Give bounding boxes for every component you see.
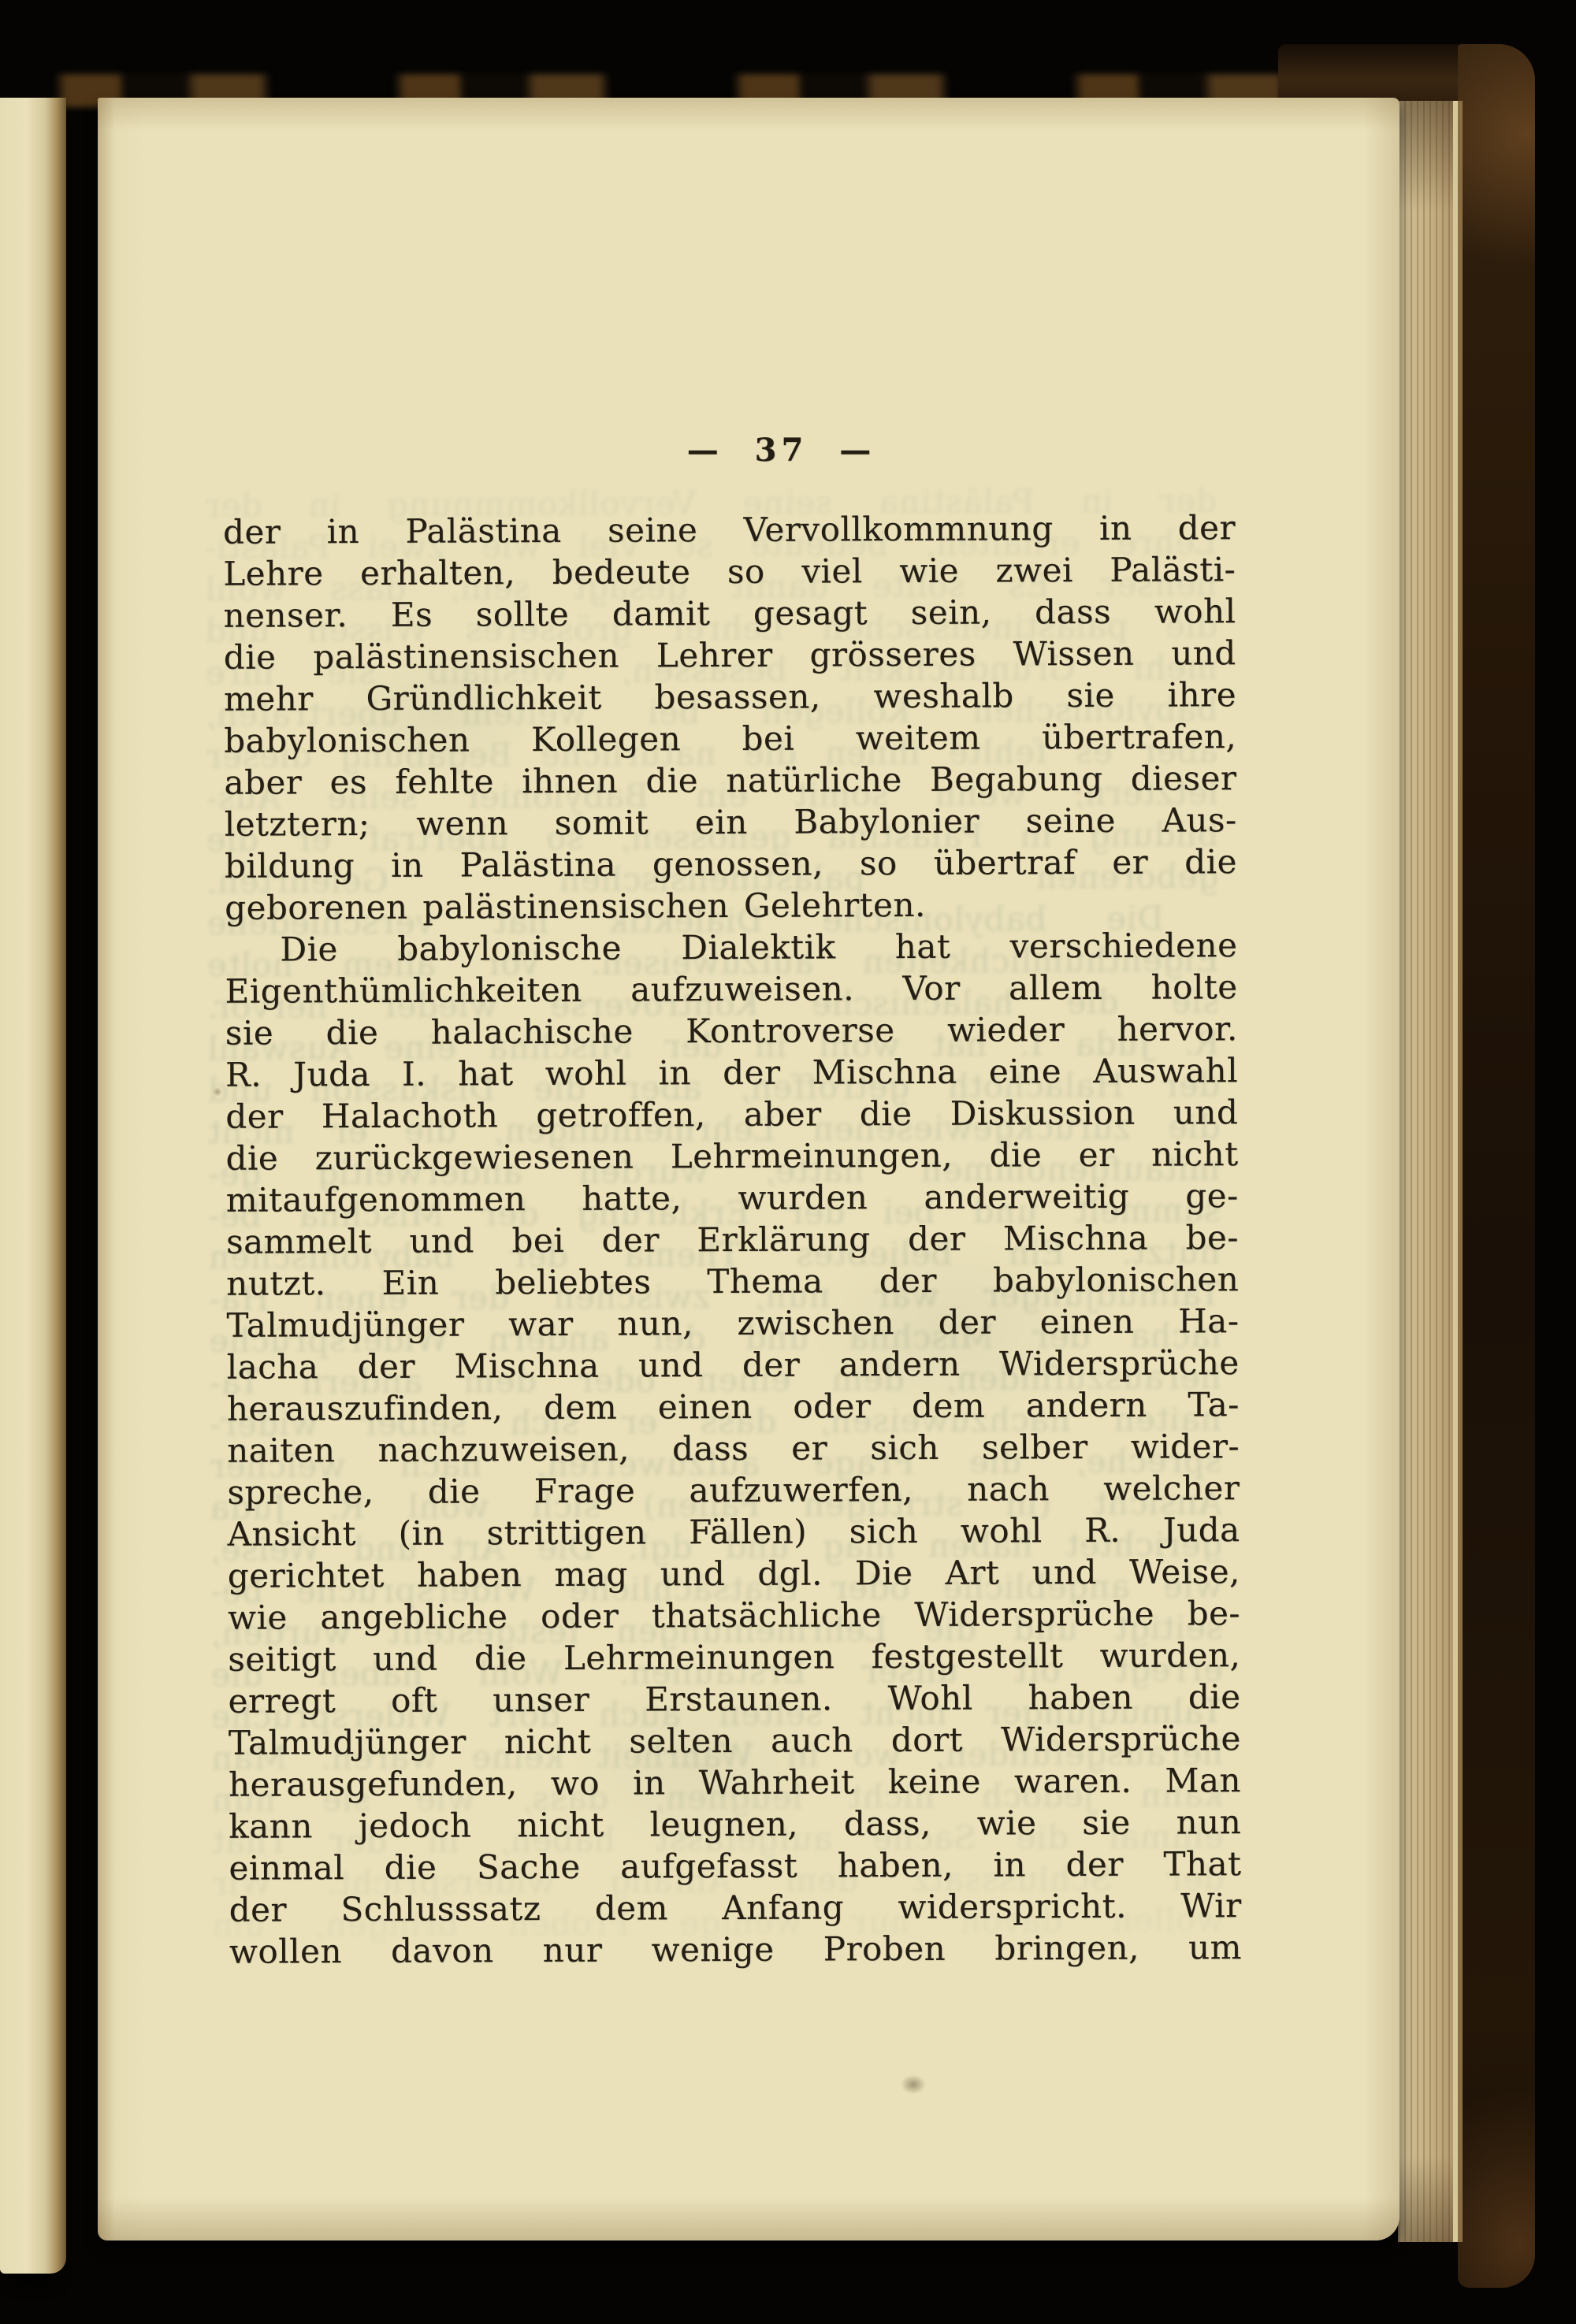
text-line: der Schlusssatz dem Anfang widerspricht.…	[229, 1884, 1242, 1931]
text-line: babylonischen Kollegen bei weitem übertr…	[224, 715, 1236, 762]
text-line: mitaufgenommen hatte, wurden anderweitig…	[226, 1175, 1239, 1221]
text-line: bildung in Palästina genossen, so übertr…	[225, 841, 1237, 887]
text-line: sie die halachische Kontroverse wieder h…	[225, 1008, 1238, 1054]
text-line: R. Juda I. hat wohl in der Mischna eine …	[225, 1049, 1238, 1096]
text-line: herausgefunden, wo in Wahrheit keine war…	[229, 1759, 1241, 1806]
text-line: der Halachoth getroffen, aber die Diskus…	[225, 1091, 1238, 1138]
text-line: nutzt. Ein beliebtes Thema der babylonis…	[226, 1258, 1239, 1305]
text-line: Lehre erhalten, bedeute so viel wie zwei…	[223, 548, 1236, 595]
text-line: lacha der Mischna und der andern Widersp…	[227, 1342, 1240, 1388]
text-line: Talmudjünger war nun, zwischen der einen…	[226, 1300, 1239, 1346]
text-line: Talmudjünger nicht selten auch dort Wide…	[229, 1717, 1241, 1764]
text-line: spreche, die Frage aufzuwerfen, nach wel…	[227, 1467, 1240, 1513]
text-line: geborenen palästinensischen Gelehrten.	[225, 882, 1237, 929]
left-page-edge	[0, 98, 66, 2274]
text-line: herauszufinden, dem einen oder dem ander…	[227, 1383, 1240, 1430]
text-line: der in Palästina seine Vervollkommnung i…	[223, 507, 1236, 553]
text-line: die palästinensischen Lehrer grösseres W…	[224, 632, 1236, 678]
text-line: wollen davon nur wenige Proben bringen, …	[229, 1926, 1242, 1973]
text-line: Ansicht (in strittigen Fällen) sich wohl…	[228, 1509, 1240, 1555]
text-line: sammelt und bei der Erklärung der Mischn…	[226, 1216, 1239, 1263]
text-line: die zurückgewiesenen Lehrmeinungen, die …	[225, 1133, 1238, 1179]
text-line: seitigt und die Lehrmeinungen festgestel…	[228, 1634, 1240, 1680]
text-line: einmal die Sache aufgefasst haben, in de…	[229, 1843, 1241, 1889]
book-page: der in Palästina seine Vervollkommnung i…	[98, 98, 1399, 2240]
text-line: wie angebliche oder thatsächliche Widers…	[228, 1592, 1240, 1639]
text-line: erregt oft unser Erstaunen. Wohl haben d…	[228, 1676, 1240, 1722]
scan-background: { "document": { "kind": "scanned book pa…	[0, 0, 1576, 2324]
book-cover-right-edge	[1458, 44, 1535, 2288]
page-stack-fore-edge	[1398, 101, 1463, 2242]
text-line: naiten nachzuweisen, dass er sich selber…	[227, 1425, 1240, 1472]
text-line: letztern; wenn somit ein Babylonier sein…	[225, 799, 1237, 845]
page-number: — 37 —	[226, 432, 1288, 469]
text-line: kann jedoch nicht leugnen, dass, wie sie…	[229, 1801, 1241, 1847]
text-column: der in Palästina seine Vervollkommnung i…	[223, 507, 1242, 1973]
text-line: Eigenthümlichkeiten aufzuweisen. Vor all…	[225, 966, 1238, 1012]
text-line: aber es fehlte ihnen die natürliche Bega…	[224, 757, 1236, 804]
text-line: nenser. Es sollte damit gesagt sein, das…	[223, 590, 1236, 637]
text-line: mehr Gründlichkeit besassen, weshalb sie…	[224, 674, 1236, 720]
text-line: Die babylonische Dialektik hat verschied…	[225, 924, 1237, 971]
text-line: gerichtet haben mag und dgl. Die Art und…	[228, 1550, 1240, 1597]
